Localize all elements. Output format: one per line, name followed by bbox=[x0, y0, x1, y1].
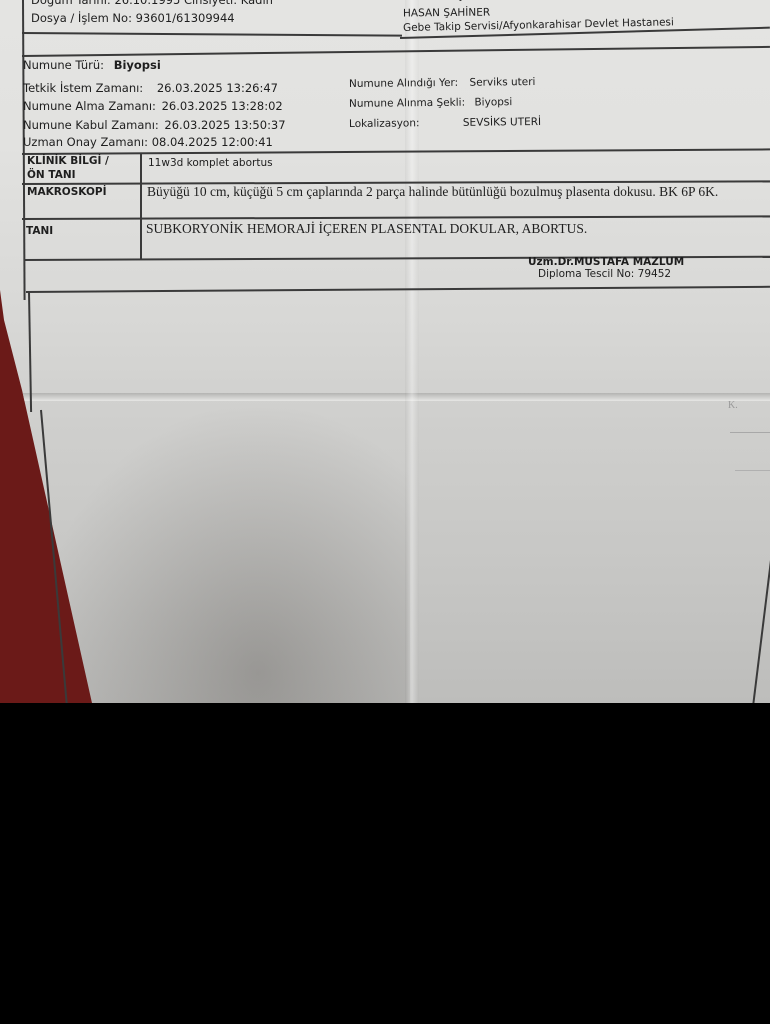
sample-site-label: Numune Alındığı Yer: bbox=[349, 77, 458, 90]
clinical-info-label-line1: KLİNİK BİLGİ / bbox=[27, 154, 109, 168]
acceptance-time-value: 26.03.2025 13:50:37 bbox=[164, 118, 285, 132]
acceptance-time: Numune Kabul Zamanı: 26.03.2025 13:50:37 bbox=[23, 118, 286, 132]
requester-label: Tetkiki İsteyen: bbox=[403, 0, 482, 2]
page-border bbox=[40, 410, 67, 703]
acceptance-time-label: Numune Kabul Zamanı: bbox=[23, 118, 159, 132]
request-time: Tetkik İstem Zamanı: 26.03.2025 13:26:47 bbox=[23, 81, 278, 95]
request-time-value: 26.03.2025 13:26:47 bbox=[157, 81, 278, 95]
border bbox=[22, 0, 25, 300]
sample-type-value: Biyopsi bbox=[114, 58, 161, 72]
table-border bbox=[22, 148, 770, 154]
show-through-line bbox=[735, 470, 770, 471]
table-border bbox=[140, 154, 142, 260]
diagnosis-value: SUBKORYONİK HEMORAJİ İÇEREN PLASENTAL DO… bbox=[146, 221, 587, 237]
show-through-text: K. bbox=[728, 400, 738, 411]
page-border bbox=[28, 292, 32, 412]
macroscopy-label: MAKROSKOPİ bbox=[27, 186, 106, 198]
macroscopy-value: Büyüğü 10 cm, küçüğü 5 cm çaplarında 2 p… bbox=[147, 184, 718, 200]
document-photo: Doğum Tarihi: 26.10.1995 Cinsiyeti: Kadı… bbox=[0, 0, 770, 703]
diploma-number: Diploma Tescil No: 79452 bbox=[538, 268, 671, 280]
sample-site-value: Serviks uteri bbox=[469, 76, 535, 89]
sample-type: Numune Türü: Biyopsi bbox=[23, 58, 161, 72]
clinical-info-value: 11w3d komplet abortus bbox=[148, 157, 273, 169]
collection-time-label: Numune Alma Zamanı: bbox=[23, 99, 156, 113]
approval-time-value: 08.04.2025 12:00:41 bbox=[152, 135, 273, 149]
page-border bbox=[752, 560, 770, 703]
sample-method-label: Numune Alınma Şekli: bbox=[349, 97, 465, 110]
clinical-info-label-line2: ÖN TANI bbox=[27, 168, 109, 182]
approval-time-label: Uzman Onay Zamanı: bbox=[23, 135, 148, 149]
divider bbox=[22, 46, 770, 57]
collection-time-value: 26.03.2025 13:28:02 bbox=[162, 99, 283, 113]
diagnosis-label: TANI bbox=[26, 225, 53, 237]
birth-date-sex: Doğum Tarihi: 26.10.1995 Cinsiyeti: Kadı… bbox=[31, 0, 273, 7]
file-number: Dosya / İşlem No: 93601/61309944 bbox=[31, 11, 235, 25]
localization-value: SEVSİKS UTERİ bbox=[463, 116, 541, 129]
table-border bbox=[22, 215, 770, 219]
localization: Lokalizasyon: SEVSİKS UTERİ bbox=[349, 116, 541, 130]
requester-name: HASAN ŞAHİNER bbox=[403, 7, 490, 20]
pathology-report: Doğum Tarihi: 26.10.1995 Cinsiyeti: Kadı… bbox=[0, 0, 770, 703]
request-time-label: Tetkik İstem Zamanı: bbox=[23, 81, 143, 95]
clinical-info-label: KLİNİK BİLGİ / ÖN TANI bbox=[27, 154, 109, 182]
sample-method: Numune Alınma Şekli: Biyopsi bbox=[349, 96, 512, 110]
table-border bbox=[26, 286, 770, 293]
sample-site: Numune Alındığı Yer: Serviks uteri bbox=[349, 76, 536, 90]
show-through-line bbox=[730, 432, 770, 433]
sample-type-label: Numune Türü: bbox=[23, 58, 104, 72]
approval-time: Uzman Onay Zamanı: 08.04.2025 12:00:41 bbox=[23, 135, 273, 149]
collection-time: Numune Alma Zamanı: 26.03.2025 13:28:02 bbox=[23, 99, 283, 113]
doctor-name: Uzm.Dr.MUSTAFA MAZLUM bbox=[528, 256, 684, 268]
sample-method-value: Biyopsi bbox=[474, 96, 512, 108]
localization-label: Lokalizasyon: bbox=[349, 117, 420, 130]
divider bbox=[22, 32, 402, 36]
